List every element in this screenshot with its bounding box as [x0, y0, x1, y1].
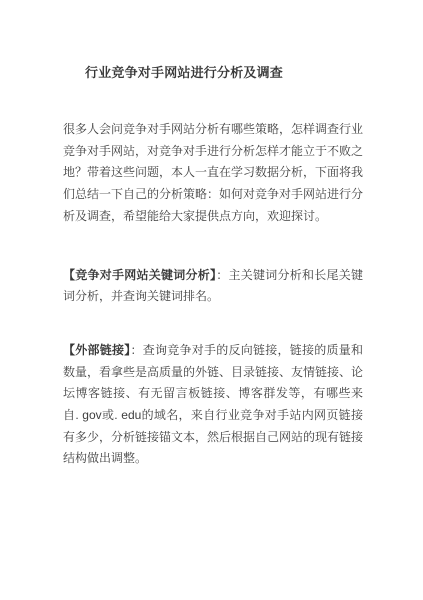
keyword-analysis-label: 【竞争对手网站关键词分析】	[63, 268, 216, 282]
paragraph-external-links: 【外部链接】：查询竞争对手的反向链接，链接的质量和数量，看拿些是高质量的外链、目…	[63, 340, 363, 470]
document-page: 行业竞争对手网站进行分析及调查 很多人会问竞争对手网站分析有哪些策略，怎样调查行…	[0, 0, 423, 600]
paragraph-intro: 很多人会问竞争对手网站分析有哪些策略，怎样调查行业竞争对手网站，对竞争对手进行分…	[63, 119, 363, 228]
external-links-text: ：查询竞争对手的反向链接，链接的质量和数量，看拿些是高质量的外链、目录链接、友情…	[63, 343, 363, 466]
paragraph-intro-text: 很多人会问竞争对手网站分析有哪些策略，怎样调查行业竞争对手网站，对竞争对手进行分…	[63, 122, 363, 223]
paragraph-keyword-analysis: 【竞争对手网站关键词分析】：主关键词分析和长尾关键词分析，并查询关键词排名。	[63, 265, 363, 308]
document-title: 行业竞争对手网站进行分析及调查	[85, 64, 363, 82]
external-links-label: 【外部链接】	[63, 343, 131, 357]
